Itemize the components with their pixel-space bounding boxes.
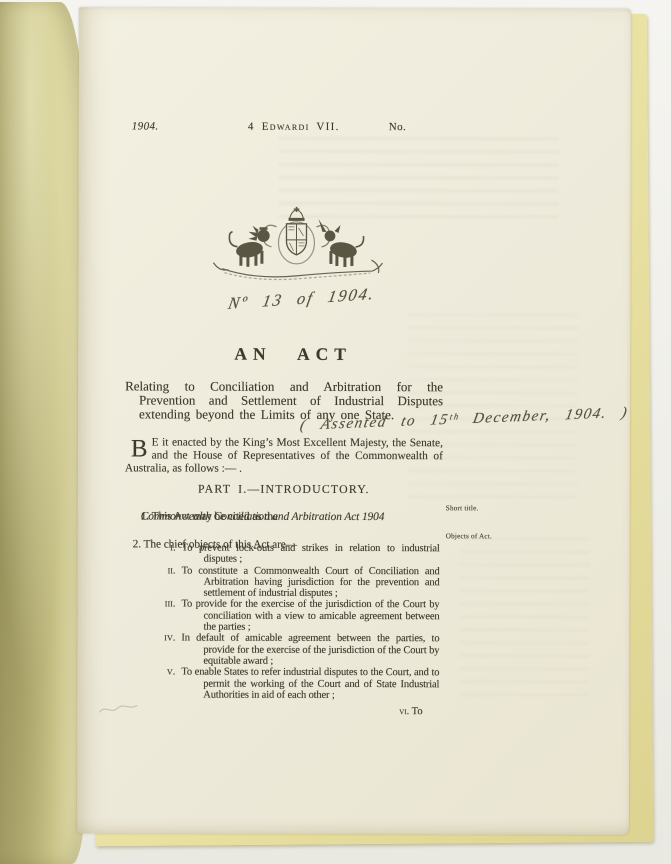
list-item: iv. In default of amicable agreement bet… bbox=[124, 633, 446, 668]
section-1-post: . bbox=[133, 511, 144, 524]
act-title: AN ACT bbox=[125, 347, 461, 361]
object-numeral: i. bbox=[125, 542, 182, 553]
object-numeral: iv. bbox=[124, 633, 181, 644]
pencil-mark bbox=[97, 701, 143, 717]
margin-note-objects-of-act: Objects of Act. bbox=[446, 532, 520, 540]
object-numeral: v. bbox=[124, 667, 181, 678]
object-text: To prevent lock-outs and strikes in rela… bbox=[182, 543, 440, 566]
enacting-line: E it enacted by the King’s Most Excellen… bbox=[125, 436, 443, 450]
object-text: In default of amicable agreement between… bbox=[181, 633, 439, 668]
section-1-citation: Commonwealth Conciliation and Arbitratio… bbox=[133, 511, 385, 525]
catchword-numeral: vi. bbox=[399, 706, 409, 717]
previous-page-edge bbox=[0, 2, 86, 864]
enacting-drop-cap: B bbox=[125, 436, 152, 462]
handwritten-act-number: Nº 13 of 1904. bbox=[227, 287, 376, 310]
enacting-line: Australia, as follows :— . bbox=[125, 463, 443, 477]
list-item: ii. To constitute a Commonwealth Court o… bbox=[125, 565, 447, 600]
object-text: To enable States to refer industrial dis… bbox=[181, 667, 439, 702]
margin-note-short-title: Short title. bbox=[446, 504, 520, 512]
document-page: 1904. 4 Edwardi VII. No. bbox=[77, 7, 631, 834]
list-item: i. To prevent lock-outs and strikes in r… bbox=[125, 542, 447, 565]
object-text: To constitute a Commonwealth Court of Co… bbox=[182, 565, 440, 600]
list-item: iii. To provide for the exercise of the … bbox=[124, 599, 446, 634]
objects-list: i. To prevent lock-outs and strikes in r… bbox=[124, 542, 446, 701]
part-heading: PART I.—INTRODUCTORY. bbox=[125, 482, 443, 496]
enacting-clause: B E it enacted by the King’s Most Excell… bbox=[125, 436, 443, 476]
book-photo: 1904. 4 Edwardi VII. No. bbox=[0, 0, 671, 864]
enacting-line: and the House of Representatives of the … bbox=[125, 450, 443, 464]
list-item: v. To enable States to refer industrial … bbox=[124, 667, 446, 702]
catchword-word: To bbox=[412, 706, 423, 717]
object-text: To provide for the exercise of the juris… bbox=[181, 599, 439, 634]
show-through-text bbox=[459, 536, 589, 696]
page-header-regnal-title: 4 Edwardi VII. bbox=[126, 120, 462, 134]
royal-coat-of-arms-icon bbox=[208, 205, 384, 289]
section-1-text: 1. This Act may be cited as the Commonwe… bbox=[125, 511, 443, 512]
page-header-act-number-label: No. bbox=[389, 121, 406, 134]
catchword: vi. To bbox=[399, 705, 422, 718]
object-numeral: iii. bbox=[125, 599, 182, 610]
object-numeral: ii. bbox=[125, 565, 182, 576]
